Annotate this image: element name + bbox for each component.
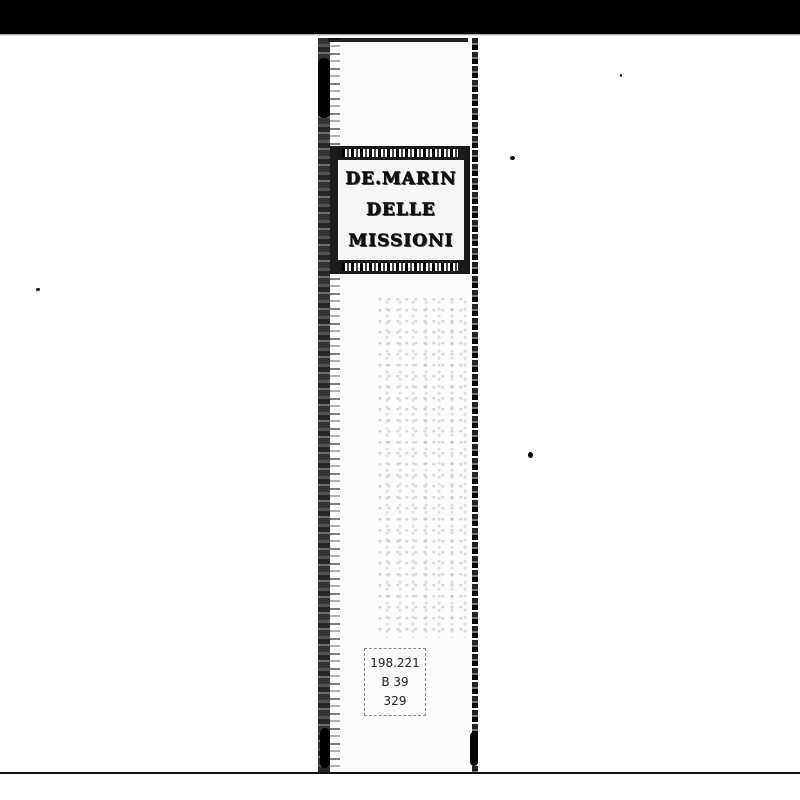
shelfmark-number: 329 <box>384 694 407 708</box>
spine-tail-band-right <box>470 732 478 766</box>
spine-texture <box>378 298 468 638</box>
spine-tail-band-left <box>320 728 330 768</box>
speck <box>36 288 40 291</box>
shelfmark-cutter: B 39 <box>381 675 408 689</box>
title-line-3: MISSIONI <box>348 231 453 251</box>
speck <box>620 74 622 77</box>
ornament-bottom <box>342 263 458 271</box>
book-spine: DE.MARIN DELLE MISSIONI 198.221 B 39 329 <box>318 38 478 772</box>
title-line-2: DELLE <box>366 200 436 220</box>
ornament-top <box>342 149 458 157</box>
spine-left-edge <box>318 38 330 772</box>
spine-band <box>318 58 330 118</box>
spine-headcap <box>328 38 468 42</box>
scan-edge <box>0 30 800 36</box>
title-label-inner: DE.MARIN DELLE MISSIONI <box>338 160 464 260</box>
shelfmark-class: 198.221 <box>370 656 420 670</box>
scan-background-top <box>0 0 800 34</box>
spine-right-edge <box>472 38 478 772</box>
title-line-author: DE.MARIN <box>345 169 456 189</box>
scan-baseline <box>0 772 800 774</box>
speck <box>510 156 515 160</box>
speck <box>528 452 533 458</box>
shelfmark-label: 198.221 B 39 329 <box>364 648 426 716</box>
title-label: DE.MARIN DELLE MISSIONI <box>330 146 470 274</box>
